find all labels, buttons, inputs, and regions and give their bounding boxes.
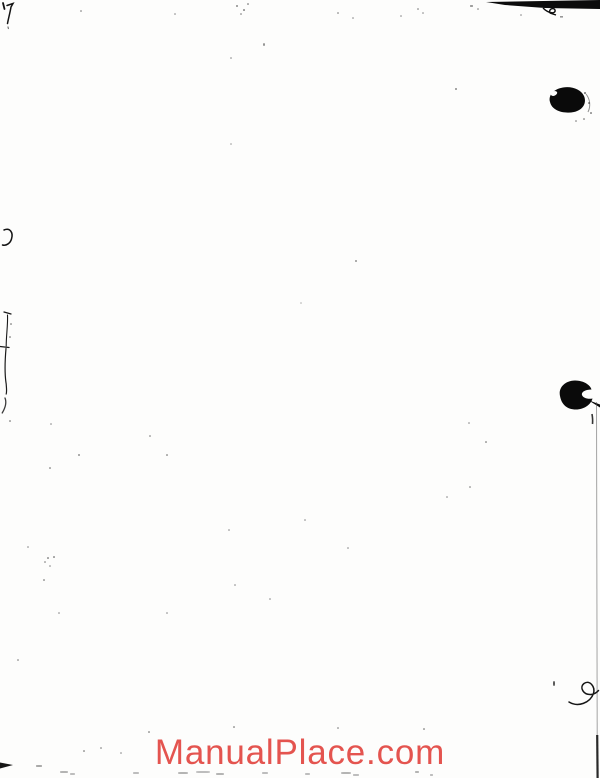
scan-speck: [236, 5, 238, 7]
scan-speck: [243, 9, 245, 11]
scan-speck: [174, 13, 176, 15]
scan-speck: [455, 88, 457, 90]
scan-speck: [49, 467, 51, 469]
scan-speck: [230, 143, 232, 145]
scan-speck: [468, 422, 470, 424]
scan-speck: [247, 3, 249, 5]
speck-layer: [0, 0, 600, 778]
scan-speck: [80, 10, 82, 12]
scan-speck: [58, 612, 60, 614]
scan-speck: [400, 15, 402, 17]
scan-speck: [347, 547, 349, 549]
scan-speck: [477, 8, 479, 10]
scan-speck: [337, 727, 339, 729]
scan-speck: [590, 112, 592, 114]
scan-speck: [166, 612, 168, 614]
scan-speck: [355, 260, 357, 262]
scan-speck: [166, 454, 168, 456]
scan-speck: [353, 774, 359, 776]
scan-speck: [70, 773, 75, 775]
scan-speck: [423, 728, 425, 730]
scan-speck: [9, 336, 11, 338]
scan-speck: [228, 529, 230, 531]
scan-speck: [36, 765, 42, 767]
scan-speck: [60, 771, 68, 773]
scan-speck: [469, 486, 471, 488]
scan-speck: [470, 5, 473, 7]
scan-speck: [300, 302, 302, 304]
scan-speck: [49, 565, 51, 567]
scan-speck: [120, 752, 122, 754]
scan-speck: [422, 12, 424, 14]
scan-speck: [553, 681, 555, 686]
scan-speck: [133, 772, 139, 774]
scan-speck: [216, 773, 224, 775]
scan-speck: [148, 731, 150, 733]
scan-speck: [47, 557, 49, 559]
scan-speck: [100, 747, 102, 749]
scan-speck: [43, 579, 45, 581]
scan-speck: [337, 12, 339, 14]
scan-speck: [520, 14, 522, 16]
scan-speck: [485, 441, 487, 443]
scan-speck: [263, 43, 265, 46]
scan-speck: [575, 120, 577, 122]
scan-speck: [230, 57, 232, 59]
scan-speck: [78, 454, 80, 456]
scan-speck: [240, 13, 242, 15]
scan-speck: [446, 496, 448, 498]
scan-speck: [10, 323, 12, 325]
scan-speck: [234, 584, 236, 586]
scan-speck: [149, 435, 151, 437]
scan-speck: [27, 546, 29, 548]
scan-speck: [44, 561, 46, 563]
scan-speck: [17, 659, 19, 661]
scan-speck: [269, 598, 271, 600]
scan-speck: [304, 519, 306, 521]
scan-speck: [588, 102, 590, 104]
scan-speck: [584, 92, 586, 94]
scan-speck: [417, 8, 419, 10]
scan-speck: [50, 423, 52, 425]
watermark-text: ManualPlace.com: [155, 733, 445, 773]
scan-speck: [233, 726, 235, 728]
scan-speck: [430, 774, 433, 776]
scan-speck: [352, 17, 354, 19]
scan-speck: [83, 750, 85, 752]
scan-speck: [9, 420, 11, 422]
scanned-page: ManualPlace.com: [0, 0, 600, 778]
scan-speck: [583, 118, 585, 120]
scan-speck: [53, 556, 55, 558]
scan-speck: [305, 773, 310, 775]
